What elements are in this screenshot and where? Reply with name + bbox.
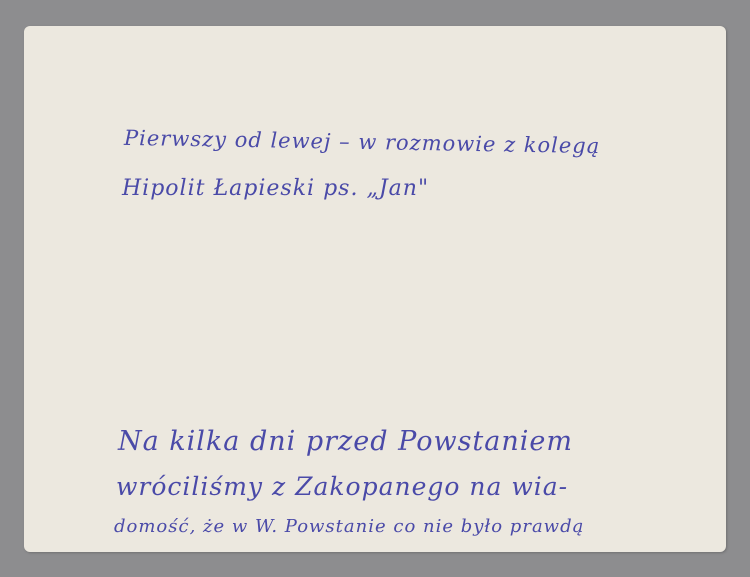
- handwritten-note-line-3: domość, że w W. Powstanie co nie było pr…: [114, 516, 584, 537]
- handwritten-caption-line-2: Hipolit Łapieski ps. „Jan": [122, 176, 429, 201]
- handwritten-note-line-2: wróciliśmy z Zakopanego na wia-: [116, 472, 568, 501]
- handwritten-caption-line-1: Pierwszy od lewej – w rozmowie z kolegą: [124, 126, 601, 158]
- handwritten-note-line-1: Na kilka dni przed Powstaniem: [118, 426, 573, 457]
- photo-card-back: Pierwszy od lewej – w rozmowie z kolegą …: [24, 26, 726, 552]
